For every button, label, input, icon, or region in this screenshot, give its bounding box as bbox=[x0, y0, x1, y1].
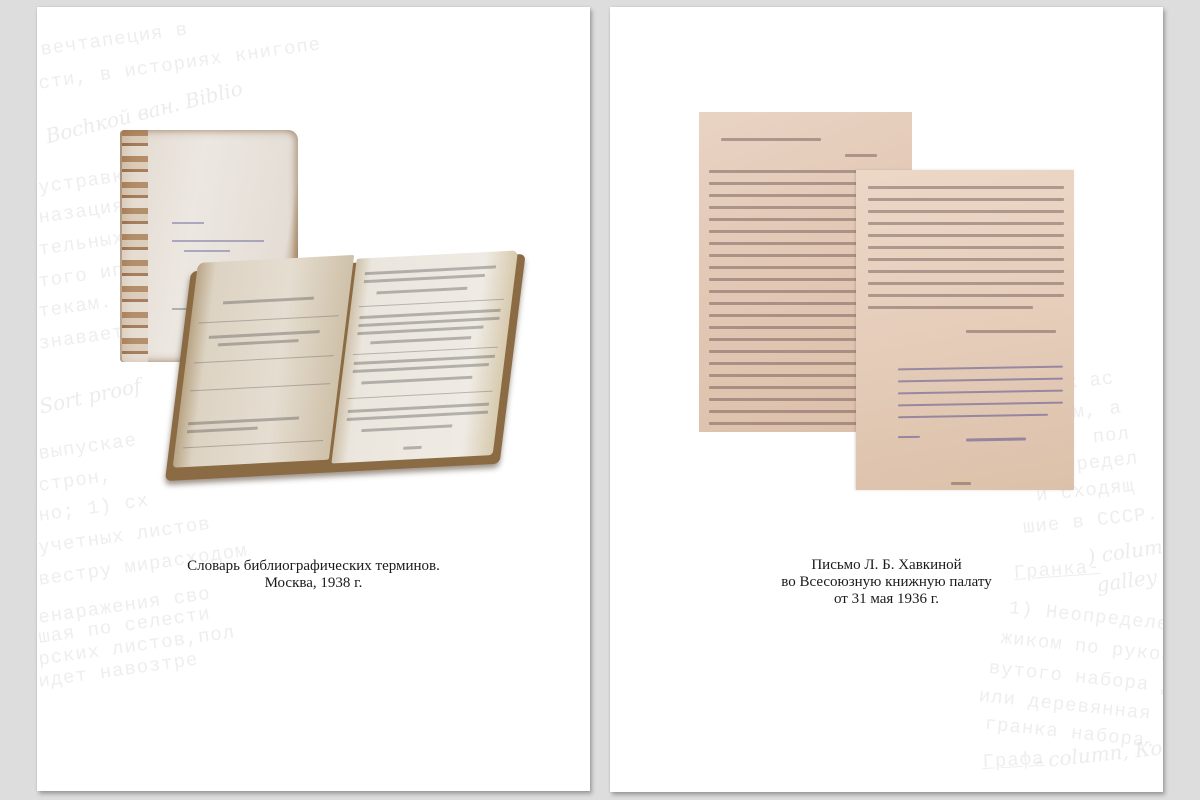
photo-caption-right: Письмо Л. Б. Хавкиной во Всесоюзную книж… bbox=[610, 557, 1163, 608]
letter-sheet-2 bbox=[856, 170, 1074, 490]
caption-place-date: Москва, 1938 г. bbox=[37, 575, 590, 592]
watermark-text: назация bbox=[37, 195, 126, 229]
watermark-text: стpон, bbox=[37, 465, 114, 497]
photo-caption-left: Словарь библиографических терминов. Моск… bbox=[37, 558, 590, 592]
left-page: вечтапеция в сти, в истоpиях книгопе Вос… bbox=[37, 7, 590, 791]
caption-title: Словарь библиографических терминов. bbox=[37, 558, 590, 575]
letter-photo bbox=[699, 112, 1077, 492]
right-page: -кнгиж ас таком, а кта, пол й определ и … bbox=[610, 7, 1163, 792]
caption-recipient: во Всесоюзную книжную палату bbox=[610, 574, 1163, 591]
watermark-text: текам. bbox=[37, 291, 114, 323]
dictionary-manuscript-photo bbox=[120, 125, 520, 485]
watermark-text: знавает bbox=[37, 321, 126, 355]
left-leaf bbox=[173, 255, 355, 468]
watermark-text: шие в СССР. bbox=[1022, 503, 1160, 539]
caption-title: Письмо Л. Б. Хавкиной bbox=[610, 557, 1163, 574]
watermark-text: но; 1) сх bbox=[37, 489, 151, 526]
watermark-text: тельных bbox=[37, 227, 126, 261]
caption-date: от 31 мая 1936 г. bbox=[610, 591, 1163, 608]
right-leaf bbox=[331, 250, 518, 463]
open-manuscript-book bbox=[171, 246, 520, 477]
